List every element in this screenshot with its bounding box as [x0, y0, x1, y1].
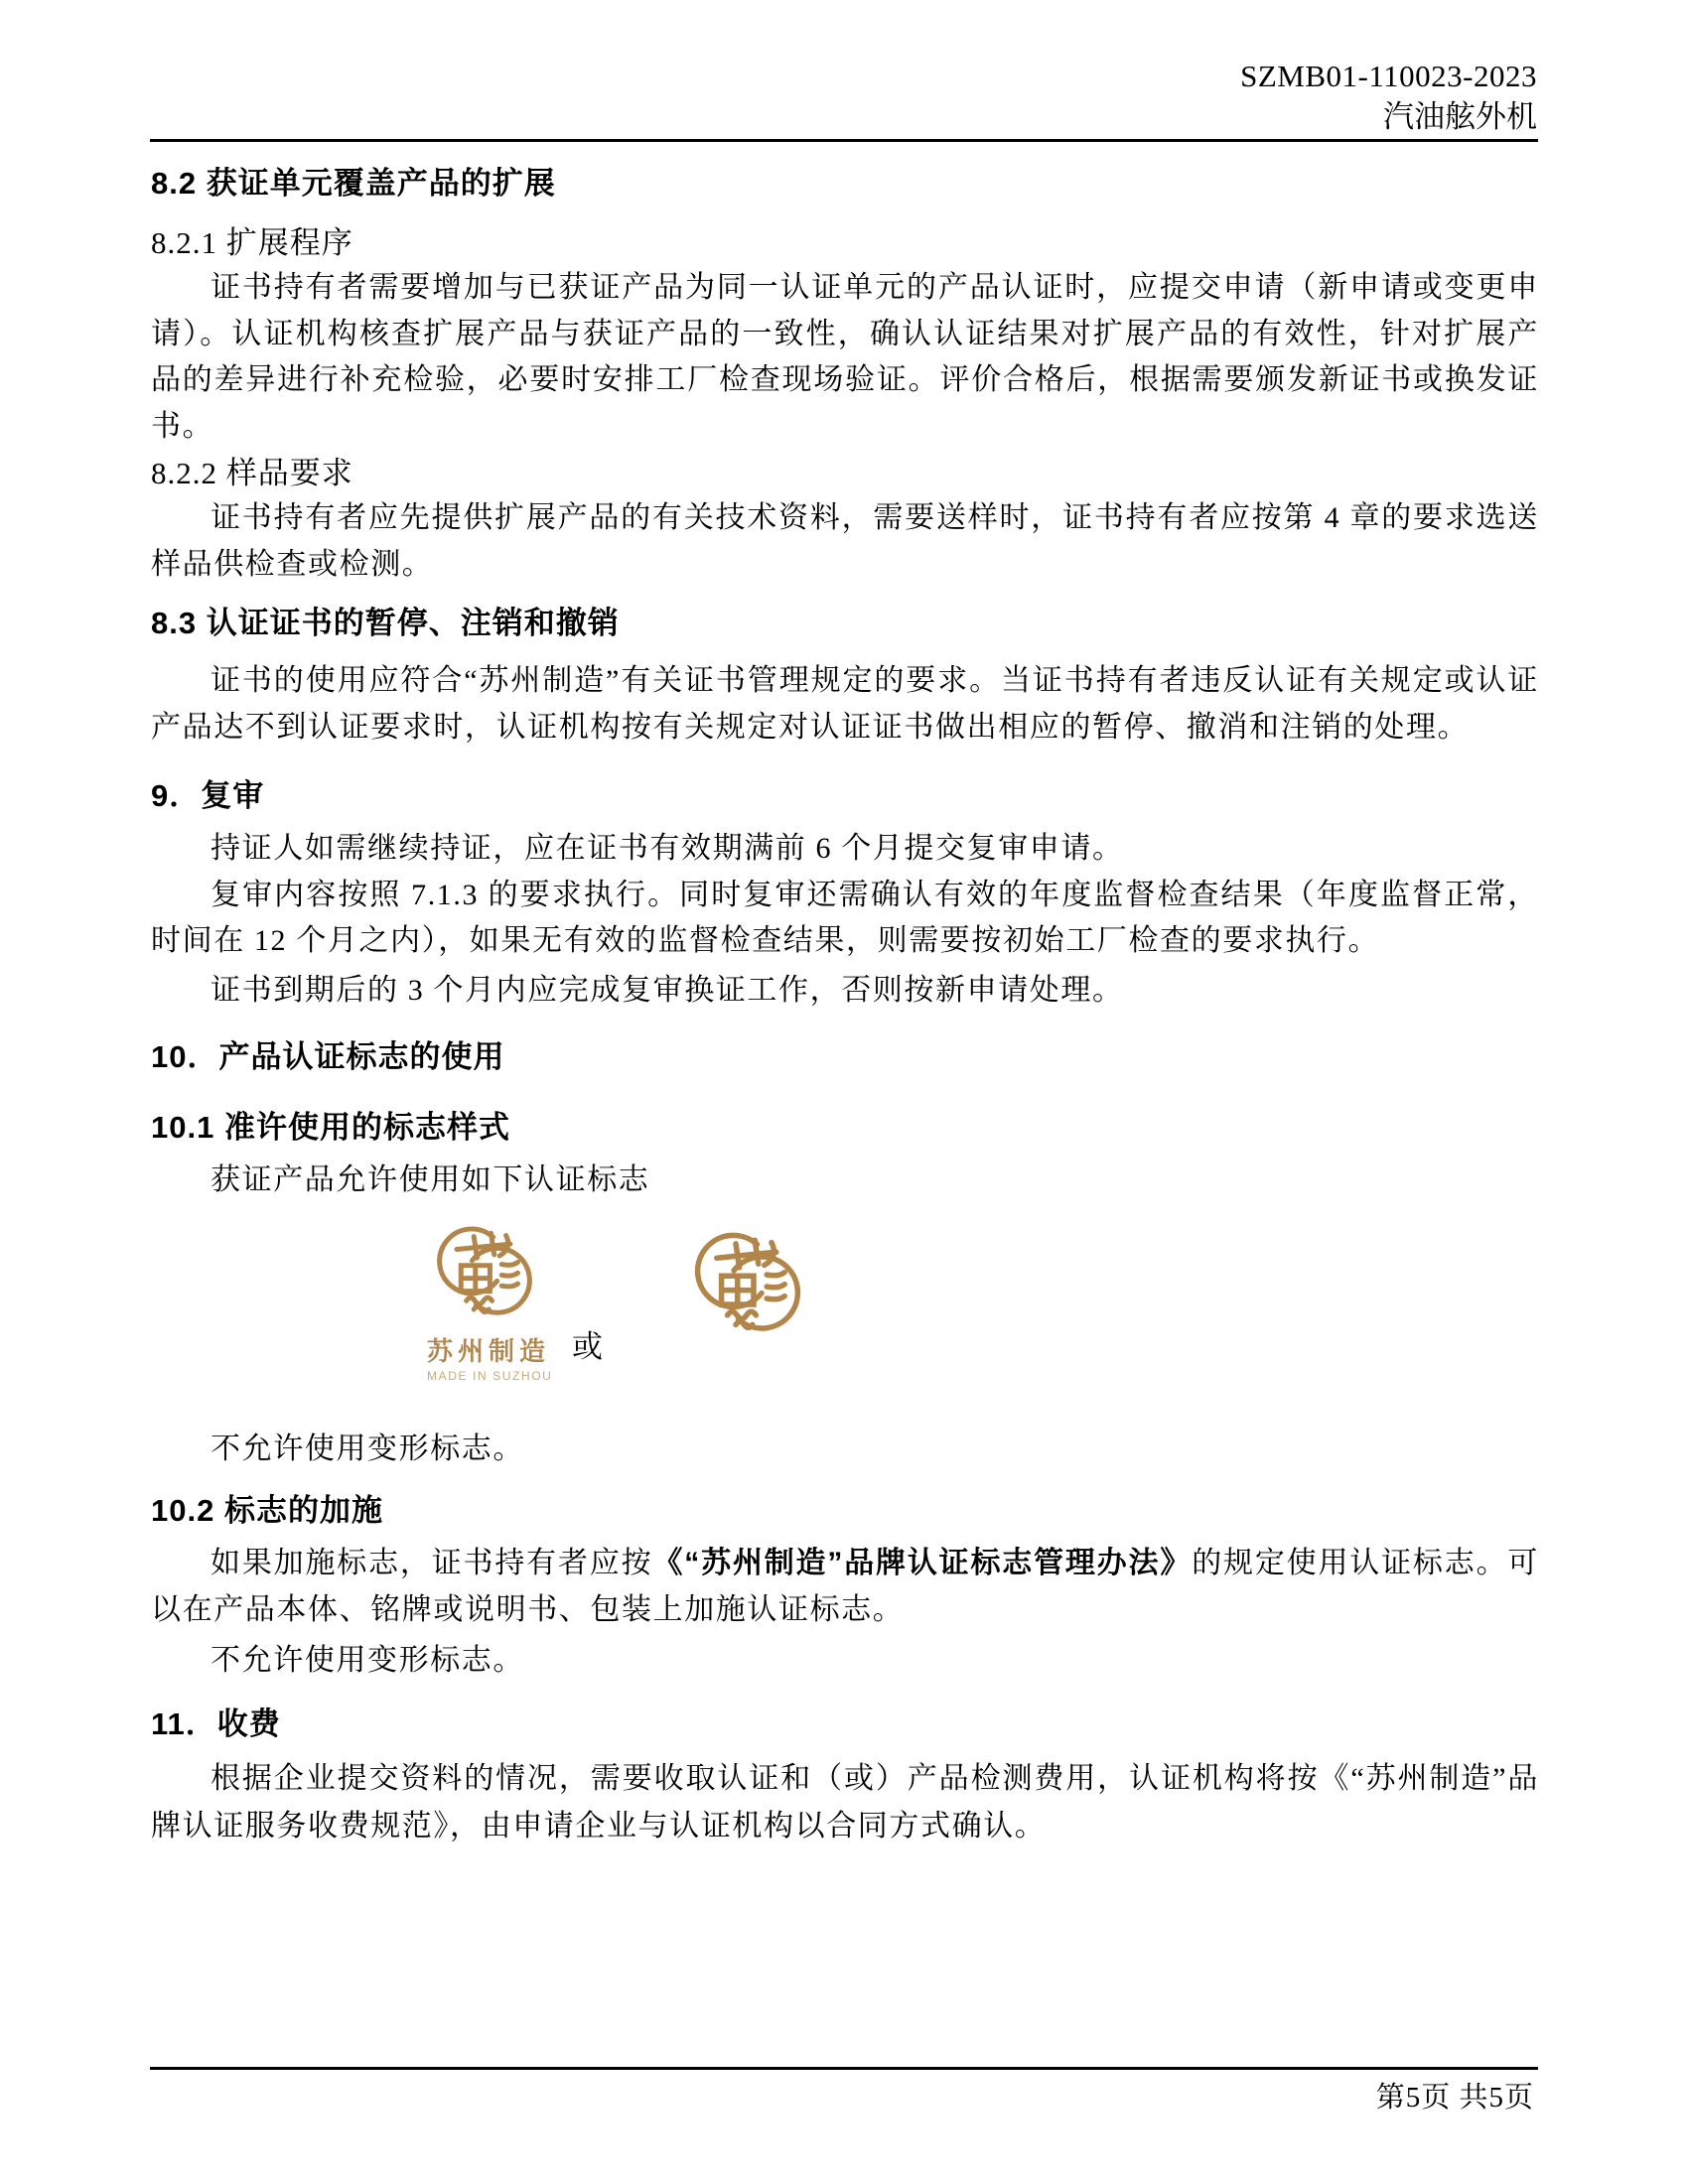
paragraph-mark-application: 如果加施标志，证书持有者应按《“苏州制造”品牌认证标志管理办法》的规定使用认证标… [151, 1541, 1539, 1633]
section-heading-10-1: 10.1 准许使用的标志样式 [151, 1106, 1539, 1150]
document-header: SZMB01-110023-2023 汽油舷外机 [1240, 56, 1537, 137]
mark-application-text: 如果加施标志，证书持有者应按 [211, 1547, 652, 1579]
certification-marks: 苏州制造 MADE IN SUZHOU 或 [151, 1216, 1539, 1367]
paragraph-fees: 根据企业提交资料的情况，需要收取认证和（或）产品检测费用，认证机构将按《“苏州制… [151, 1755, 1539, 1850]
paragraph-certificate-suspension: 证书的使用应符合“苏州制造”有关证书管理规定的要求。当证书持有者违反认证有关规定… [151, 658, 1539, 751]
section-heading-11: 11．收费 [151, 1703, 1539, 1746]
or-label: 或 [572, 1331, 603, 1362]
paragraph-sample-requirements: 证书持有者应先提供扩展产品的有关技术资料，需要送样时，证书持有者应按第 4 章的… [151, 495, 1539, 588]
document-body: 8.2 获证单元覆盖产品的扩展 8.2.1 扩展程序 证书持有者需要增加与已获证… [151, 142, 1539, 1850]
mark-with-text: 苏州制造 MADE IN SUZHOU [427, 1216, 542, 1383]
paragraph-no-deformed-mark-1: 不允许使用变形标志。 [151, 1427, 1539, 1473]
section-heading-8-2-2: 8.2.2 样品要求 [151, 452, 1539, 495]
section-heading-8-3: 8.3 认证证书的暂停、注销和撤销 [151, 602, 1539, 645]
section-heading-8-2-1: 8.2.1 扩展程序 [151, 221, 1539, 265]
paragraph-review-1: 持证人如需继续持证，应在证书有效期满前 6 个月提交复审申请。 [151, 826, 1539, 873]
mark-without-text [688, 1216, 807, 1345]
document-title: 汽油舷外机 [1240, 96, 1537, 137]
paragraph-mark-intro: 获证产品允许使用如下认证标志 [151, 1158, 1539, 1204]
footer-divider [150, 2067, 1538, 2070]
section-heading-10: 10．产品认证标志的使用 [151, 1035, 1539, 1079]
page-number: 第5页 共5页 [1376, 2075, 1534, 2116]
suzhou-made-emblem-icon [688, 1221, 807, 1340]
mark-label-cn: 苏州制造 [427, 1331, 542, 1368]
mark-label-en: MADE IN SUZHOU [427, 1369, 542, 1383]
document-number: SZMB01-110023-2023 [1240, 56, 1537, 96]
paragraph-review-3: 证书到期后的 3 个月内应完成复审换证工作，否则按新申请处理。 [151, 968, 1539, 1015]
paragraph-extension-procedure: 证书持有者需要增加与已获证产品为同一认证单元的产品认证时，应提交申请（新申请或变… [151, 265, 1539, 450]
paragraph-review-2: 复审内容按照 7.1.3 的要求执行。同时复审还需确认有效的年度监督检查结果（年… [151, 873, 1539, 965]
document-page: SZMB01-110023-2023 汽油舷外机 8.2 获证单元覆盖产品的扩展… [0, 0, 1688, 2184]
section-heading-10-2: 10.2 标志的加施 [151, 1489, 1539, 1533]
paragraph-no-deformed-mark-2: 不允许使用变形标志。 [151, 1638, 1539, 1685]
management-measures-reference: 《“苏州制造”品牌认证标志管理办法》 [652, 1547, 1192, 1579]
section-heading-9: 9．复审 [151, 774, 1539, 818]
section-heading-8-2: 8.2 获证单元覆盖产品的扩展 [151, 162, 1539, 205]
suzhou-made-emblem-icon [431, 1216, 538, 1323]
